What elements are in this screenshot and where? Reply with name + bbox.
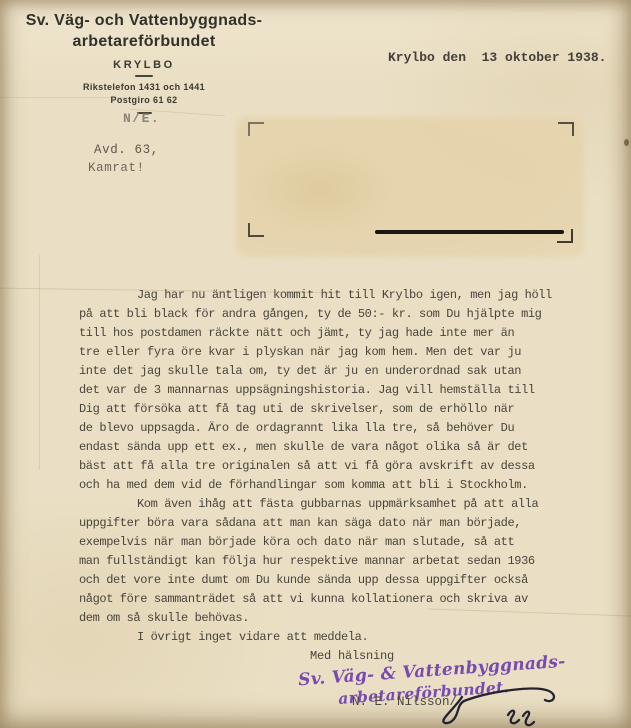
letter-body-line: på att bli black för andra gången, ty de… [79, 305, 627, 324]
letterhead-rule [135, 75, 153, 77]
letter-body-line: tre eller fyra öre kvar i plyskan när ja… [79, 343, 627, 362]
signature-stroke [443, 697, 464, 723]
letter-body-line: exempelvis när man började köra och dato… [79, 533, 627, 552]
signature-stroke [523, 712, 534, 726]
letterhead: Sv. Väg- och Vattenbyggnads- arbetareför… [8, 10, 280, 118]
letter-body-line: Jag har nu äntligen kommit hit till Kryl… [79, 286, 627, 305]
letter-body-line: Kom även ihåg att fästa gubbarnas uppmär… [79, 495, 627, 514]
signature-stroke [464, 689, 554, 701]
org-name-line1: Sv. Väg- och Vattenbyggnads- [8, 10, 280, 31]
reference-code: N/E. [123, 111, 160, 126]
letterhead-postgiro: Postgiro 61 62 [8, 94, 280, 107]
crop-mark-top-left [248, 122, 264, 136]
letter-body-line: och det vore inte dumt om Du kunde sända… [79, 571, 627, 590]
closing-salute: Med hälsning [310, 649, 394, 663]
signature-stroke [508, 711, 519, 724]
letter-body-line: uppgifter böra vara sådana att man kan s… [79, 514, 627, 533]
scanned-letter-page: Sv. Väg- och Vattenbyggnads- arbetareför… [0, 0, 631, 728]
date-line: Krylbo den 13 oktober 1938. [388, 50, 606, 65]
handwritten-signature [398, 686, 631, 728]
letterhead-phone: Rikstelefon 1431 och 1441 [8, 81, 280, 94]
salutation-line: Kamrat! [88, 161, 145, 175]
letter-body-line: dem om så skulle behövas. [79, 609, 627, 628]
crop-mark-top-right [558, 122, 574, 136]
letter-body-line: I övrigt inget vidare att meddela. [79, 628, 627, 647]
paper-stain [250, 150, 390, 230]
letter-body: Jag har nu äntligen kommit hit till Kryl… [79, 286, 627, 647]
letter-body-line: Dig att försöka att få tag uti de skrive… [79, 400, 627, 419]
crop-mark-bottom-left [248, 223, 264, 237]
paper-crease [39, 255, 40, 470]
letter-body-line: inte det jag skulle tala om, ty det är j… [79, 362, 627, 381]
letter-body-line: och ha med dem vid de förhandlingar som … [79, 476, 627, 495]
recipient-line: Avd. 63, [94, 143, 159, 157]
letter-body-line: något före sammanträdet så att vi kunna … [79, 590, 627, 609]
letter-body-line: det var de 3 mannarnas uppsägningshistor… [79, 381, 627, 400]
letter-body-line: endast sända upp ett ex., men skulle de … [79, 438, 627, 457]
paper-speck [624, 139, 629, 146]
letter-body-line: man fullständigt kan följa hur respektiv… [79, 552, 627, 571]
org-name-line2: arbetareförbundet [8, 31, 280, 52]
letter-body-line: bäst att få alla tre originalen så att v… [79, 457, 627, 476]
redaction-bar [375, 230, 564, 234]
letter-body-line: till hos postdamen räckte nätt och jämt,… [79, 324, 627, 343]
letterhead-place: KRYLBO [8, 59, 280, 71]
letter-body-line: de blevo uppsagda. Äro de ordagrannt lik… [79, 419, 627, 438]
